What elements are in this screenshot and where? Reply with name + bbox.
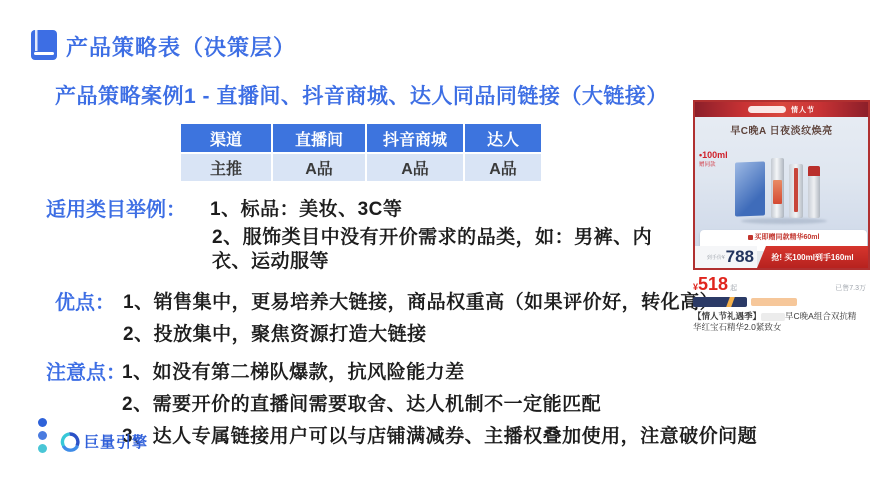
valentine-banner: 情人节 [695, 102, 868, 117]
gift-heading: 买即赠同款精华60ml [703, 232, 864, 242]
product-image: 情人节 早C晚A 日夜淡纹焕亮 •100ml 赠同款 买即赠同款精华60ml [693, 100, 870, 270]
product-headline: 早C晚A 日夜淡纹焕亮 [695, 122, 868, 137]
brand-logo-placeholder [748, 106, 786, 113]
promo-badge [693, 297, 747, 307]
volume-badge: •100ml 赠同款 [699, 150, 728, 168]
price-strip-left: 到手价¥ 788 [695, 246, 757, 268]
price-suffix: 起 [730, 283, 737, 293]
deco-dot [38, 444, 47, 453]
usage-section-label: 适用类目举例： [46, 193, 186, 222]
notes-section-label: 注意点： [46, 356, 126, 385]
product-card[interactable]: 情人节 早C晚A 日夜淡纹焕亮 •100ml 赠同款 买即赠同款精华60ml [693, 100, 870, 333]
case-subtitle: 产品策略案例1 - 直播间、抖音商城、达人同品同链接（大链接） [55, 80, 668, 110]
table-header-channel: 渠道 [181, 124, 271, 152]
table-header-mall: 抖音商城 [367, 124, 463, 152]
notes-item-2: 2、需要开价的直播间需要取舍、达人机制不一定能匹配 [122, 389, 601, 416]
book-icon [30, 29, 58, 61]
strategy-table: 渠道 直播间 抖音商城 达人 主推 A品 A品 A品 [181, 124, 541, 181]
coupon-badge [751, 298, 797, 306]
table-cell-talent: A品 [465, 154, 541, 181]
ocean-engine-icon [60, 432, 80, 452]
slide: 产品策略表（决策层） 产品策略案例1 - 直播间、抖音商城、达人同品同链接（大链… [0, 0, 888, 500]
pros-item-2: 2、投放集中，聚焦资源打造大链接 [123, 319, 427, 346]
table-cell-mall: A品 [367, 154, 463, 181]
strip-price: 788 [726, 247, 754, 267]
table-row: 主推 A品 A品 A品 [181, 154, 541, 181]
brand-mask [761, 313, 785, 321]
table-header-live: 直播间 [273, 124, 365, 152]
product-box [735, 161, 765, 216]
logo-text: 巨量引擎 [84, 431, 148, 452]
table-header-talent: 达人 [465, 124, 541, 152]
product-bottle [808, 166, 820, 218]
sales-count: 已售7.3万 [835, 283, 866, 293]
badge-row [693, 297, 870, 307]
pros-section-label: 优点： [55, 286, 115, 315]
pros-item-1: 1、销售集中，更易培养大链接，商品权重高（如果评价好，转化高） [123, 287, 719, 314]
ocean-engine-logo: 巨量引擎 [60, 431, 148, 452]
promo-flag: 抢! 买100ml到手160ml [757, 246, 868, 268]
usage-item-1: 1、标品：美妆、3C等 [210, 194, 402, 221]
table-header-row: 渠道 直播间 抖音商城 达人 [181, 124, 541, 152]
table-cell-live: A品 [273, 154, 365, 181]
notes-item-3: 3、达人专属链接用户可以与店铺满减券、主播权叠加使用，注意破价问题 [122, 421, 757, 448]
page-title: 产品策略表（决策层） [66, 31, 296, 62]
usage-item-2: 2、服饰类目中没有开价需求的品类，如：男裤、内衣、运动服等 [212, 226, 690, 274]
deco-dot [38, 418, 47, 427]
price-strip: 到手价¥ 788 抢! 买100ml到手160ml [695, 246, 868, 268]
table-cell-main: 主推 [181, 154, 271, 181]
product-bottle [771, 158, 784, 218]
product-title[interactable]: 【情人节礼遇季】早C晚A组合双抗精华红宝石精华2.0紧致女 [693, 311, 861, 333]
price-row: ¥ 518 起 已售7.3万 [693, 276, 866, 293]
deco-dot [38, 431, 47, 440]
product-title-prefix: 【情人节礼遇季】 [693, 311, 761, 321]
banner-text: 情人节 [791, 105, 815, 115]
product-bottle [789, 164, 803, 218]
notes-item-1: 1、如没有第二梯队爆款，抗风险能力差 [122, 357, 465, 384]
current-price: 518 [698, 276, 728, 292]
gift-icon [748, 235, 753, 240]
bottle-shadow [741, 218, 827, 224]
